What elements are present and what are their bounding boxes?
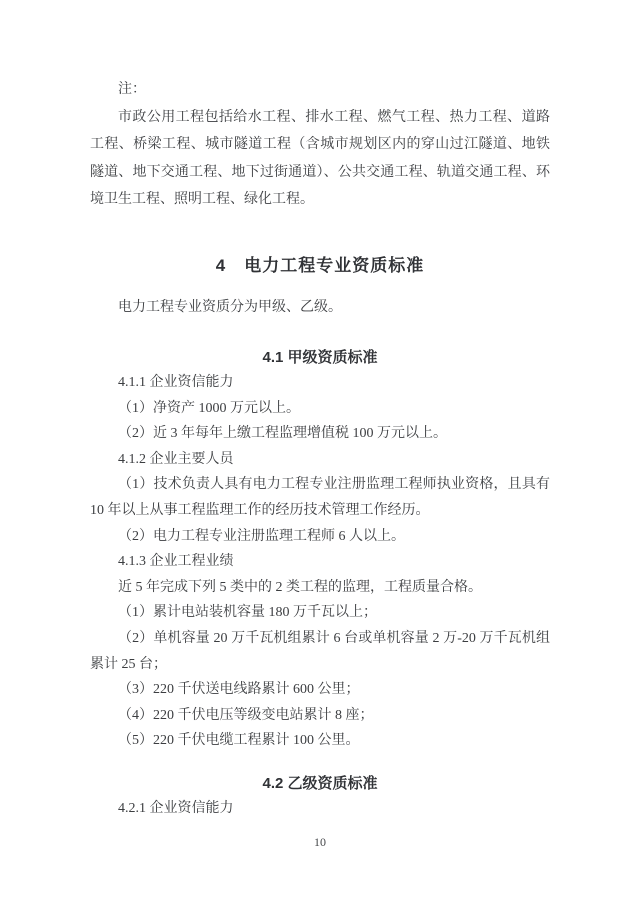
chapter-intro: 电力工程专业资质分为甲级、乙级。: [90, 295, 550, 321]
clause-item: （2）电力工程专业注册监理工程师 6 人以上。: [90, 524, 550, 550]
clause-heading-4-1-1: 4.1.1 企业资信能力: [90, 370, 550, 396]
clause-item: （3）220 千伏送电线路累计 600 公里；: [90, 677, 550, 703]
clause-item: （1）技术负责人具有电力工程专业注册监理工程师执业资格，且具有 10 年以上从事…: [90, 472, 550, 523]
clause-item: （4）220 千伏电压等级变电站累计 8 座；: [90, 703, 550, 729]
chapter-heading: 4 电力工程专业资质标准: [90, 254, 550, 278]
clause-item: （2）单机容量 20 万千瓦机组累计 6 台或单机容量 2 万-20 万千瓦机组…: [90, 626, 550, 677]
clause-item: （1）累计电站装机容量 180 万千瓦以上；: [90, 600, 550, 626]
clause-item: （1）净资产 1000 万元以上。: [90, 396, 550, 422]
document-page: 注： 市政公用工程包括给水工程、排水工程、燃气工程、热力工程、道路工程、桥梁工程…: [0, 0, 640, 905]
clause-item: （2）近 3 年每年上缴工程监理增值税 100 万元以上。: [90, 421, 550, 447]
note-label: 注：: [90, 76, 550, 104]
note-body: 市政公用工程包括给水工程、排水工程、燃气工程、热力工程、道路工程、桥梁工程、城市…: [90, 104, 550, 214]
note-block: 注： 市政公用工程包括给水工程、排水工程、燃气工程、热力工程、道路工程、桥梁工程…: [90, 76, 550, 214]
clause-heading-4-2-1: 4.2.1 企业资信能力: [90, 796, 550, 822]
section-heading-4-2: 4.2 乙级资质标准: [90, 772, 550, 796]
section-heading-4-1: 4.1 甲级资质标准: [90, 346, 550, 370]
clause-heading-4-1-2: 4.1.2 企业主要人员: [90, 447, 550, 473]
clause-item: （5）220 千伏电缆工程累计 100 公里。: [90, 728, 550, 754]
page-number: 10: [90, 832, 550, 852]
clause-heading-4-1-3: 4.1.3 企业工程业绩: [90, 549, 550, 575]
clause-intro: 近 5 年完成下列 5 类中的 2 类工程的监理，工程质量合格。: [90, 575, 550, 601]
